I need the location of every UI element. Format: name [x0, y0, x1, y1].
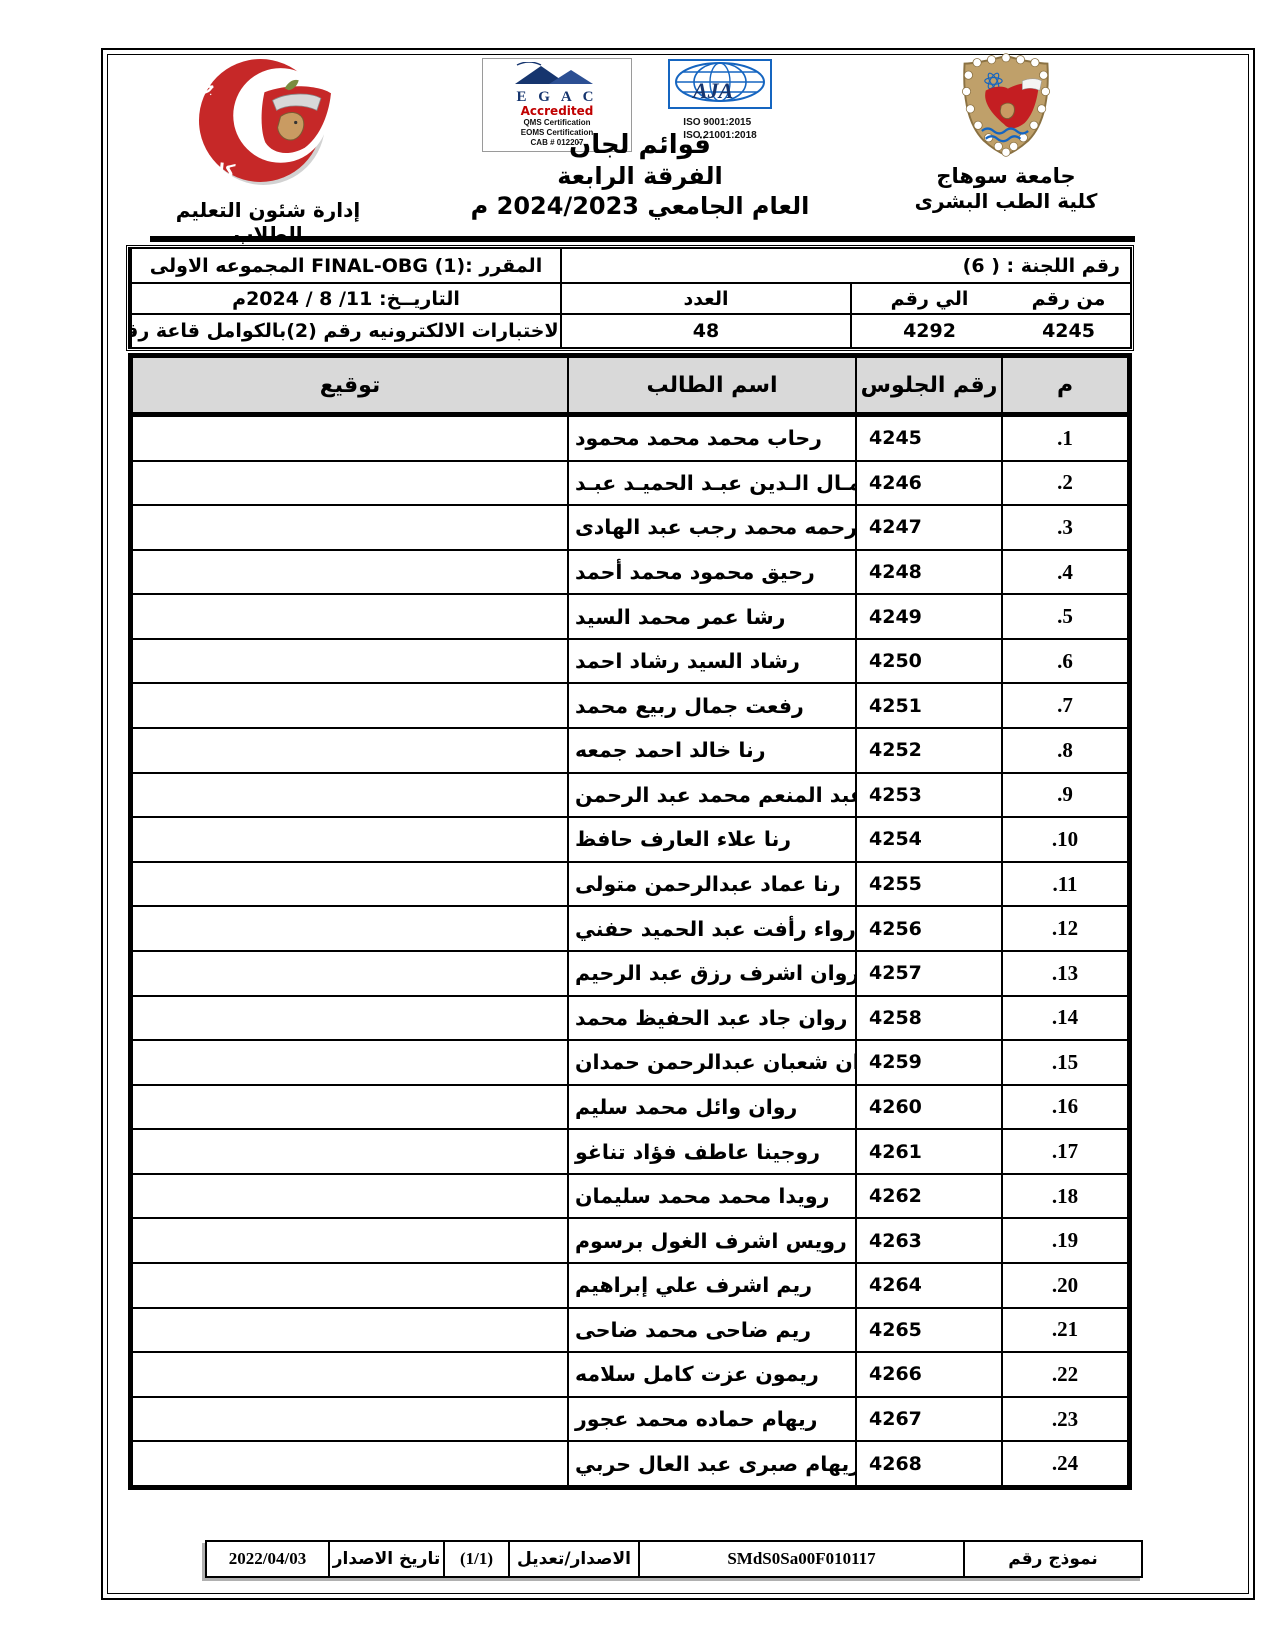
aja-globe-icon: AJA — [655, 58, 785, 110]
row-signature-cell — [133, 1175, 567, 1218]
table-row: 6. 4250 رشاد السيد رشاد احمد — [133, 638, 1127, 683]
row-signature-cell — [133, 1309, 567, 1352]
document-titles: قوائم لجان الفرقة الرابعة العام الجامعي … — [430, 130, 850, 222]
faculty-name: كلية الطب البشرى — [900, 189, 1112, 213]
row-signature-cell — [133, 1086, 567, 1129]
row-serial: 4. — [1001, 551, 1127, 594]
row-seat-number: 4252 — [855, 729, 1001, 772]
table-row: 11. 4255 رنا عماد عبدالرحمن متولى — [133, 861, 1127, 906]
row-signature-cell — [133, 729, 567, 772]
row-seat-number: 4247 — [855, 506, 1001, 549]
row-student-name: رنا عبد المنعم محمد عبد الرحمن — [567, 774, 855, 817]
table-row: 3. 4247 رحمه محمد رجب عبد الهادى — [133, 504, 1127, 549]
egac-pyramids-icon — [497, 62, 617, 86]
row-seat-number: 4256 — [855, 907, 1001, 950]
form-number-label: نموذج رقم — [963, 1542, 1141, 1576]
header-student-name: اسم الطالب — [567, 358, 855, 412]
table-row: 10. 4254 رنا علاء العارف حافظ — [133, 816, 1127, 861]
row-student-name: ريهام صبرى عبد العال حربي — [567, 1442, 855, 1485]
row-student-name: ريمون عزت كامل سلامه — [567, 1353, 855, 1396]
count-value: 48 — [560, 315, 850, 347]
row-signature-cell — [133, 1219, 567, 1262]
row-student-name: رنا خالد احمد جمعه — [567, 729, 855, 772]
students-table: م رقم الجلوس اسم الطالب توقيع 1. 4245 رح… — [128, 353, 1132, 1490]
row-student-name: روان اشرف رزق عبد الرحيم — [567, 952, 855, 995]
row-seat-number: 4250 — [855, 640, 1001, 683]
row-serial: 19. — [1001, 1219, 1127, 1262]
row-signature-cell — [133, 774, 567, 817]
table-row: 13. 4257 روان اشرف رزق عبد الرحيم — [133, 950, 1127, 995]
form-footer-table: نموذج رقم SMdS0Sa00F010117 الاصدار/تعديل… — [205, 1540, 1143, 1578]
table-row: 5. 4249 رشا عمر محمد السيد — [133, 593, 1127, 638]
egac-line1: QMS Certification — [485, 118, 629, 128]
row-signature-cell — [133, 684, 567, 727]
row-serial: 8. — [1001, 729, 1127, 772]
row-seat-number: 4258 — [855, 997, 1001, 1040]
table-row: 9. 4253 رنا عبد المنعم محمد عبد الرحمن — [133, 772, 1127, 817]
row-student-name: رحاب محمد محمد محمود — [567, 417, 855, 460]
table-row: 18. 4262 رويدا محمد محمد سليمان — [133, 1173, 1127, 1218]
row-serial: 24. — [1001, 1442, 1127, 1485]
row-signature-cell — [133, 1398, 567, 1441]
row-serial: 22. — [1001, 1353, 1127, 1396]
row-student-name: رشا عمر محمد السيد — [567, 595, 855, 638]
header-signature: توقيع — [133, 358, 567, 412]
row-serial: 6. — [1001, 640, 1127, 683]
row-student-name: رحمه محمد رجب عبد الهادى — [567, 506, 855, 549]
row-seat-number: 4267 — [855, 1398, 1001, 1441]
exam-center-name: مركز الاختبارات الالكترونيه رقم (2)بالكو… — [130, 315, 560, 347]
table-row: 8. 4252 رنا خالد احمد جمعه — [133, 727, 1127, 772]
row-serial: 18. — [1001, 1175, 1127, 1218]
row-student-name: رشاد السيد رشاد احمد — [567, 640, 855, 683]
header-serial: م — [1001, 358, 1127, 412]
committee-info-table: رقم اللجنة : ( 6) المقرر :FINAL-OBG (1) … — [128, 247, 1132, 349]
row-signature-cell — [133, 595, 567, 638]
row-signature-cell — [133, 640, 567, 683]
row-student-name: ريم ضاحى محمد ضاحى — [567, 1309, 855, 1352]
row-signature-cell — [133, 551, 567, 594]
egac-name: E G A C — [485, 90, 629, 105]
row-serial: 2. — [1001, 462, 1127, 505]
students-table-header: م رقم الجلوس اسم الطالب توقيع — [133, 358, 1127, 417]
table-row: 23. 4267 ريهام حماده محمد عجور — [133, 1396, 1127, 1441]
row-serial: 13. — [1001, 952, 1127, 995]
header-divider-bar — [150, 236, 1135, 242]
row-signature-cell — [133, 863, 567, 906]
table-row: 21. 4265 ريم ضاحى محمد ضاحى — [133, 1307, 1127, 1352]
row-serial: 9. — [1001, 774, 1127, 817]
row-seat-number: 4255 — [855, 863, 1001, 906]
row-seat-number: 4251 — [855, 684, 1001, 727]
row-student-name: روان وائل محمد سليم — [567, 1086, 855, 1129]
row-seat-number: 4262 — [855, 1175, 1001, 1218]
table-row: 7. 4251 رفعت جمال ربيع محمد — [133, 682, 1127, 727]
row-student-name: رويس اشرف الغول برسوم — [567, 1219, 855, 1262]
row-seat-number: 4268 — [855, 1442, 1001, 1485]
issue-edit-label: الاصدار/تعديل — [508, 1542, 638, 1576]
row-student-name: رحمـه جمـال الـدين عبـد الحميـد عبـد — [567, 462, 855, 505]
row-serial: 23. — [1001, 1398, 1127, 1441]
committee-number: رقم اللجنة : ( 6) — [850, 249, 1130, 284]
to-number-value: 4292 — [850, 315, 1007, 347]
row-signature-cell — [133, 997, 567, 1040]
row-serial: 12. — [1001, 907, 1127, 950]
row-seat-number: 4257 — [855, 952, 1001, 995]
sohag-university-shield-icon — [926, 52, 1086, 158]
table-row: 19. 4263 رويس اشرف الغول برسوم — [133, 1217, 1127, 1262]
row-signature-cell — [133, 1130, 567, 1173]
row-student-name: رنا علاء العارف حافظ — [567, 818, 855, 861]
table-row: 16. 4260 روان وائل محمد سليم — [133, 1084, 1127, 1129]
row-serial: 7. — [1001, 684, 1127, 727]
egac-accredited-label: Accredited — [485, 105, 629, 118]
table-row: 2. 4246 رحمـه جمـال الـدين عبـد الحميـد … — [133, 460, 1127, 505]
row-signature-cell — [133, 907, 567, 950]
faculty-crescent-logo-icon: جامعة سوهاج كلية الطب — [166, 54, 371, 190]
table-row: 14. 4258 روان جاد عبد الحفيظ محمد — [133, 995, 1127, 1040]
row-student-name: ريم اشرف علي إبراهيم — [567, 1264, 855, 1307]
title-grade: الفرقة الرابعة — [430, 161, 850, 191]
row-seat-number: 4249 — [855, 595, 1001, 638]
row-student-name: رواء رأفت عبد الحميد حفني — [567, 907, 855, 950]
university-name: جامعة سوهاج — [900, 164, 1112, 189]
to-number-label: الي رقم — [850, 284, 1007, 315]
row-seat-number: 4253 — [855, 774, 1001, 817]
aja-iso1: ISO 9001:2015 — [683, 117, 751, 128]
row-seat-number: 4246 — [855, 462, 1001, 505]
row-serial: 21. — [1001, 1309, 1127, 1352]
row-signature-cell — [133, 1264, 567, 1307]
row-seat-number: 4264 — [855, 1264, 1001, 1307]
from-number-label: من رقم — [1007, 284, 1130, 315]
count-label: العدد — [560, 284, 850, 315]
table-body: 1. 4245 رحاب محمد محمد محمود 2. 4246 رحم… — [133, 417, 1127, 1485]
row-signature-cell — [133, 506, 567, 549]
table-row: 12. 4256 رواء رأفت عبد الحميد حفني — [133, 905, 1127, 950]
row-serial: 11. — [1001, 863, 1127, 906]
row-seat-number: 4266 — [855, 1353, 1001, 1396]
table-row: 15. 4259 روان شعبان عبدالرحمن حمدان — [133, 1039, 1127, 1084]
table-row: 4. 4248 رحيق محمود محمد أحمد — [133, 549, 1127, 594]
row-student-name: رويدا محمد محمد سليمان — [567, 1175, 855, 1218]
course-name: المقرر :FINAL-OBG (1) المجموعه الاولى — [130, 249, 560, 284]
row-seat-number: 4254 — [855, 818, 1001, 861]
row-serial: 15. — [1001, 1041, 1127, 1084]
issue-edit-value: (1/1) — [443, 1542, 508, 1576]
row-seat-number: 4263 — [855, 1219, 1001, 1262]
row-serial: 5. — [1001, 595, 1127, 638]
table-row: 1. 4245 رحاب محمد محمد محمود — [133, 417, 1127, 460]
row-student-name: رنا عماد عبدالرحمن متولى — [567, 863, 855, 906]
row-seat-number: 4245 — [855, 417, 1001, 460]
from-number-value: 4245 — [1007, 315, 1130, 347]
row-student-name: رفعت جمال ربيع محمد — [567, 684, 855, 727]
row-student-name: روجينا عاطف فؤاد تناغو — [567, 1130, 855, 1173]
row-serial: 20. — [1001, 1264, 1127, 1307]
row-serial: 17. — [1001, 1130, 1127, 1173]
info-empty-cell — [560, 249, 850, 284]
row-serial: 1. — [1001, 417, 1127, 460]
row-seat-number: 4248 — [855, 551, 1001, 594]
exam-date: التاريــخ: 11/ 8 / 2024م — [130, 284, 560, 315]
row-seat-number: 4260 — [855, 1086, 1001, 1129]
table-row: 24. 4268 ريهام صبرى عبد العال حربي — [133, 1440, 1127, 1485]
committee-list-page: جامعة سوهاج كلية الطب البشرى جامعة سوهاج… — [0, 0, 1275, 1650]
row-student-name: ريهام حماده محمد عجور — [567, 1398, 855, 1441]
row-signature-cell — [133, 818, 567, 861]
title-academic-year: العام الجامعي 2024/2023 م — [430, 191, 850, 222]
aja-name: AJA — [691, 78, 733, 103]
row-serial: 3. — [1001, 506, 1127, 549]
row-serial: 16. — [1001, 1086, 1127, 1129]
row-student-name: روان شعبان عبدالرحمن حمدان — [567, 1041, 855, 1084]
row-signature-cell — [133, 1353, 567, 1396]
department-block: جامعة سوهاج كلية الطب إدارة شئون التعليم… — [148, 54, 388, 246]
row-signature-cell — [133, 1442, 567, 1485]
row-seat-number: 4261 — [855, 1130, 1001, 1173]
row-signature-cell — [133, 1041, 567, 1084]
table-row: 20. 4264 ريم اشرف علي إبراهيم — [133, 1262, 1127, 1307]
table-row: 17. 4261 روجينا عاطف فؤاد تناغو — [133, 1128, 1127, 1173]
row-student-name: رحيق محمود محمد أحمد — [567, 551, 855, 594]
row-seat-number: 4265 — [855, 1309, 1001, 1352]
row-serial: 14. — [1001, 997, 1127, 1040]
row-signature-cell — [133, 462, 567, 505]
row-seat-number: 4259 — [855, 1041, 1001, 1084]
header-seat-number: رقم الجلوس — [855, 358, 1001, 412]
issue-date-value: 2022/04/03 — [207, 1542, 328, 1576]
form-number-code: SMdS0Sa00F010117 — [638, 1542, 963, 1576]
university-block: جامعة سوهاج كلية الطب البشرى — [900, 52, 1112, 213]
title-committees: قوائم لجان — [430, 130, 850, 161]
issue-date-label: تاريخ الاصدار — [328, 1542, 443, 1576]
row-serial: 10. — [1001, 818, 1127, 861]
row-student-name: روان جاد عبد الحفيظ محمد — [567, 997, 855, 1040]
row-signature-cell — [133, 952, 567, 995]
row-signature-cell — [133, 417, 567, 460]
table-row: 22. 4266 ريمون عزت كامل سلامه — [133, 1351, 1127, 1396]
